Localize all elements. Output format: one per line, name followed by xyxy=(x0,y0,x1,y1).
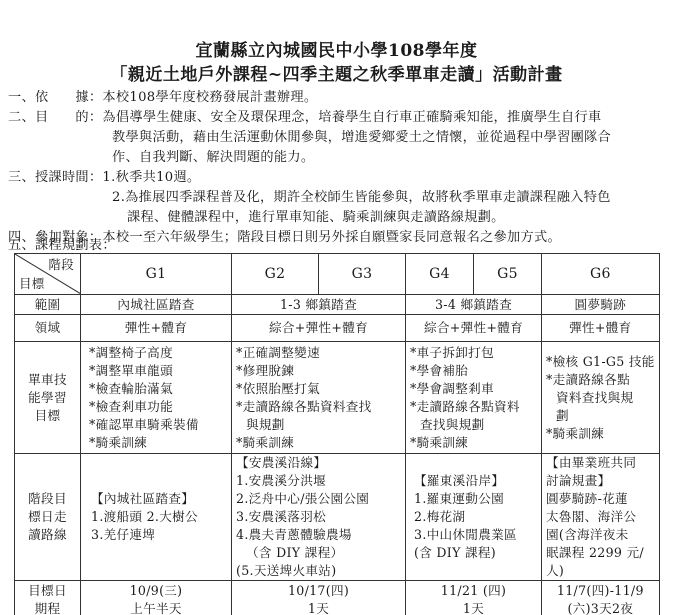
row-label: 領域 xyxy=(15,315,81,342)
skills-g6: *檢核 G1-G5 技能 *走讀路線各點 資料查找與規 劃 *騎乘訓練 xyxy=(542,342,660,454)
skills-g4-g5: *車子拆卸打包 *學會補胎 *學會調整剎車 *走讀路線各點資料 查找與規劃 *騎… xyxy=(406,342,542,454)
table-cell: 3-4 鄉鎮踏查 xyxy=(406,295,542,315)
section-basis: 一、依 據：本校108學年度校務發展計畫辦理。 xyxy=(8,88,317,108)
grade-header-g1: G1 xyxy=(81,254,232,295)
table-cell: 圓夢騎跡 xyxy=(542,295,660,315)
row-label: 範圍 xyxy=(15,295,81,315)
table-cell: 綜合+彈性+體育 xyxy=(406,315,542,342)
skills-g2-g3: *正確調整變速 *修理脫鍊 *依照胎壓打氣 *走讀路線各點資料查找 與規劃 *騎… xyxy=(232,342,406,454)
route-g2-g3: 【安農溪沿線】 1.安農溪分洪堰 2.泛舟中心/張公園公園 3.安農溪落羽松 4… xyxy=(232,454,406,581)
table-cell: 彈性+體育 xyxy=(81,315,232,342)
table-cell: 內城社區踏查 xyxy=(81,295,232,315)
section-schedule-label: 三、授課時間： xyxy=(8,168,102,188)
document-title: 宜蘭縣立內城國民中小學108學年度 xyxy=(0,36,673,61)
course-plan-table: 階段 目標 G1 G2 G3 G4 G5 G6 範圍 內城社區踏查 1-3 鄉鎮… xyxy=(14,253,660,615)
route-g1: 【內城社區踏查】 1.渡船頭 2.大樹公 3.羌仔連埤 xyxy=(81,454,232,581)
date-g1: 10/9(三) 上午半天 xyxy=(81,581,232,615)
table-row-date: 目標日 期程 10/9(三) 上午半天 10/17(四) 1天 11/21 (四… xyxy=(15,581,660,615)
section-basis-text: 本校108學年度校務發展計畫辦理。 xyxy=(102,90,317,105)
corner-cell: 階段 目標 xyxy=(15,254,81,295)
date-g4-g5: 11/21 (四) 1天 xyxy=(406,581,542,615)
schedule-item-2: 2.為推展四季課程普及化，期許全校師生皆能參與，故將秋季單車走讀課程融入特色 xyxy=(112,188,611,208)
section-purpose: 二、目 的：為倡導學生健康、安全及環保理念，培養學生自行車正確騎乘知能，推廣學生… xyxy=(8,108,601,128)
section-purpose-line: 作、自我判斷、解決問題的能力。 xyxy=(112,148,314,168)
table-cell: 1-3 鄉鎮踏查 xyxy=(232,295,406,315)
grade-header-g5: G5 xyxy=(474,254,542,295)
table-row-route: 階段目 標日走 讀路線 【內城社區踏查】 1.渡船頭 2.大樹公 3.羌仔連埤 … xyxy=(15,454,660,581)
route-g6: 【由畢業班共同 討論規畫】 圓夢騎跡-花蓮 太魯閣、海洋公 園(含海洋夜未 眠課… xyxy=(542,454,660,581)
skills-g1: *調整椅子高度 *調整單車龍頭 *檢查輪胎滿氣 *檢查剎車功能 *確認單車騎乘裝… xyxy=(81,342,232,454)
date-g6: 11/7(四)-11/9 (六)3天2夜 xyxy=(542,581,660,615)
document-subtitle: 「親近土地戶外課程~四季主題之秋季單車走讀」活動計畫 xyxy=(0,60,673,85)
section-purpose-label: 二、目 的： xyxy=(8,108,102,128)
section-purpose-line: 教學與活動，藉由生活運動休閒參與，增進愛鄉愛土之情懷，並從過程中學習團隊合 xyxy=(112,128,611,148)
route-g4-g5: 【羅東溪沿岸】 1.羅東運動公園 2.梅花湖 3.中山休閒農業區 (含 DIY … xyxy=(406,454,542,581)
schedule-item-2-cont: 課程、健體課程中，進行單車知能、騎乘訓練與走讀路線規劃。 xyxy=(127,208,505,228)
date-g2-g3: 10/17(四) 1天 xyxy=(232,581,406,615)
table-header-row: 階段 目標 G1 G2 G3 G4 G5 G6 xyxy=(15,254,660,295)
table-row-skills: 單車技 能學習 目標 *調整椅子高度 *調整單車龍頭 *檢查輪胎滿氣 *檢查剎車… xyxy=(15,342,660,454)
grade-header-g4: G4 xyxy=(406,254,474,295)
table-row-range: 範圍 內城社區踏查 1-3 鄉鎮踏查 3-4 鄉鎮踏查 圓夢騎跡 xyxy=(15,295,660,315)
table-cell: 彈性+體育 xyxy=(542,315,660,342)
section-purpose-line: 為倡導學生健康、安全及環保理念，培養學生自行車正確騎乘知能，推廣學生自行車 xyxy=(102,110,601,125)
grade-header-g3: G3 xyxy=(319,254,406,295)
row-label: 階段目 標日走 讀路線 xyxy=(15,454,81,581)
section-basis-label: 一、依 據： xyxy=(8,88,102,108)
section-schedule: 三、授課時間：1.秋季共10週。 xyxy=(8,168,200,188)
grade-header-g6: G6 xyxy=(542,254,660,295)
schedule-item-1: 1.秋季共10週。 xyxy=(102,170,200,185)
row-label: 單車技 能學習 目標 xyxy=(15,342,81,454)
row-label: 目標日 期程 xyxy=(15,581,81,615)
grade-header-g2: G2 xyxy=(232,254,319,295)
table-row-domain: 領域 彈性+體育 綜合+彈性+體育 綜合+彈性+體育 彈性+體育 xyxy=(15,315,660,342)
section-participants-text: 本校一至六年級學生；階段目標日則另外採自願暨家長同意報名之參加方式。 xyxy=(102,230,561,245)
table-cell: 綜合+彈性+體育 xyxy=(232,315,406,342)
